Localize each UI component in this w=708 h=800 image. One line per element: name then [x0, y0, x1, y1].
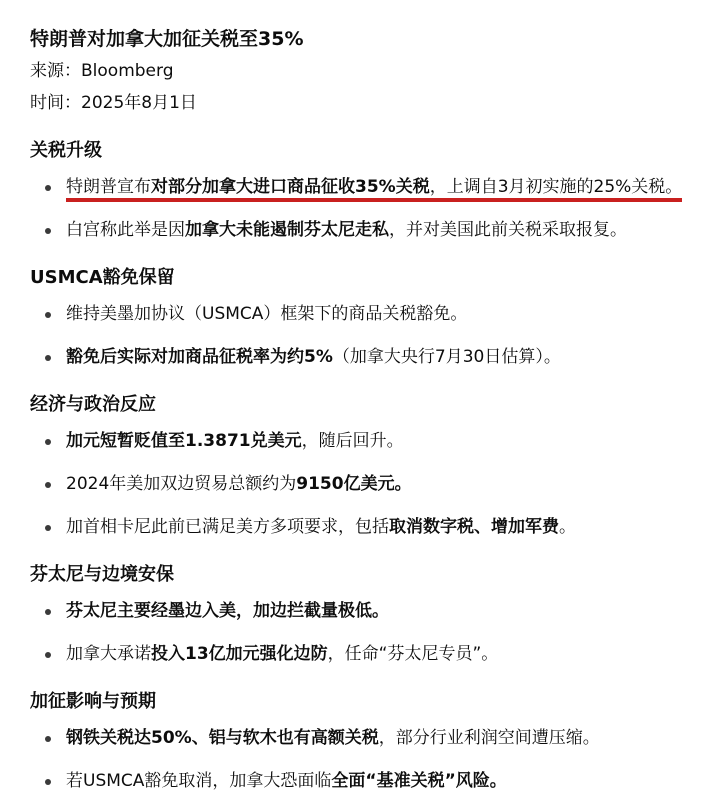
bullet-list: 维持美墨加协议（USMCA）框架下的商品关税豁免。豁免后实际对加商品征税率为约5…	[30, 303, 702, 369]
section-heading: USMCA豁免保留	[30, 266, 702, 289]
bullet-text: 豁免后实际对加商品征税率为约5%（加拿大央行7月30日估算）。	[66, 347, 561, 367]
bullet-text: 若USMCA豁免取消，加拿大恐面临全面“基准关税”风险。	[66, 771, 507, 791]
bold-text-run: 9150亿美元。	[296, 474, 411, 494]
bullet-item: 豁免后实际对加商品征税率为约5%（加拿大央行7月30日估算）。	[66, 346, 702, 369]
text-run: ，部分行业利润空间遭压缩。	[379, 728, 600, 748]
bold-text-run: 芬太尼主要经墨边入美，加边拦截量极低。	[66, 601, 389, 621]
bullet-item: 加首相卡尼此前已满足美方多项要求，包括取消数字税、增加军费。	[66, 516, 702, 539]
bullet-item: 芬太尼主要经墨边入美，加边拦截量极低。	[66, 600, 702, 623]
bullet-text: 2024年美加双边贸易总额约为9150亿美元。	[66, 474, 412, 494]
bullet-text: 钢铁关税达50%、铝与软木也有高额关税，部分行业利润空间遭压缩。	[66, 728, 600, 748]
article: 特朗普对加拿大加征关税至35% 来源：Bloomberg 时间：2025年8月1…	[0, 0, 708, 793]
bullet-list: 加元短暂贬值至1.3871兑美元，随后回升。2024年美加双边贸易总额约为915…	[30, 430, 702, 539]
bullet-item: 特朗普宣布对部分加拿大进口商品征收35%关税，上调自3月初实施的25%关税。	[66, 176, 702, 199]
text-run: 若USMCA豁免取消，加拿大恐面临	[66, 771, 331, 791]
text-run: 加拿大承诺	[66, 644, 151, 664]
bold-text-run: 加元短暂贬值至1.3871兑美元	[66, 431, 302, 451]
bold-text-run: 对部分加拿大进口商品征收35%关税	[151, 177, 430, 197]
section-heading: 加征影响与预期	[30, 690, 702, 713]
bullet-item: 加元短暂贬值至1.3871兑美元，随后回升。	[66, 430, 702, 453]
sections-container: 关税升级特朗普宣布对部分加拿大进口商品征收35%关税，上调自3月初实施的25%关…	[30, 139, 702, 793]
bold-text-run: 投入13亿加元强化边防	[151, 644, 328, 664]
red-underlined-text: 特朗普宣布对部分加拿大进口商品征收35%关税，上调自3月初实施的25%关税。	[66, 177, 682, 202]
source-value: Bloomberg	[81, 61, 173, 81]
bold-text-run: 全面“基准关税”风险。	[331, 771, 506, 791]
bullet-list: 钢铁关税达50%、铝与软木也有高额关税，部分行业利润空间遭压缩。若USMCA豁免…	[30, 727, 702, 793]
bullet-list: 芬太尼主要经墨边入美，加边拦截量极低。加拿大承诺投入13亿加元强化边防，任命“芬…	[30, 600, 702, 666]
bullet-item: 维持美墨加协议（USMCA）框架下的商品关税豁免。	[66, 303, 702, 326]
source-label: 来源：	[30, 61, 81, 81]
text-run: 白宫称此举是因	[66, 220, 185, 240]
article-title: 特朗普对加拿大加征关税至35%	[30, 26, 702, 52]
text-run: ，随后回升。	[302, 431, 404, 451]
text-run: 特朗普宣布	[66, 177, 151, 197]
bullet-list: 特朗普宣布对部分加拿大进口商品征收35%关税，上调自3月初实施的25%关税。白宫…	[30, 176, 702, 242]
section-heading: 经济与政治反应	[30, 393, 702, 416]
bold-text-run: 取消数字税、增加军费	[389, 517, 559, 537]
bullet-text: 加首相卡尼此前已满足美方多项要求，包括取消数字税、增加军费。	[66, 517, 576, 537]
date-value: 2025年8月1日	[81, 93, 197, 113]
bullet-text: 加拿大承诺投入13亿加元强化边防，任命“芬太尼专员”。	[66, 644, 498, 664]
bullet-item: 若USMCA豁免取消，加拿大恐面临全面“基准关税”风险。	[66, 770, 702, 793]
bold-text-run: 加拿大未能遏制芬太尼走私	[185, 220, 389, 240]
bullet-text: 加元短暂贬值至1.3871兑美元，随后回升。	[66, 431, 404, 451]
text-run: 。	[559, 517, 576, 537]
date-line: 时间：2025年8月1日	[30, 92, 702, 115]
section-heading: 芬太尼与边境安保	[30, 563, 702, 586]
bold-text-run: 豁免后实际对加商品征税率为约5%	[66, 347, 333, 367]
text-run: ，上调自3月初实施的25%关税。	[430, 177, 683, 197]
text-run: （加拿大央行7月30日估算）。	[333, 347, 561, 367]
text-run: 维持美墨加协议（USMCA）框架下的商品关税豁免。	[66, 304, 467, 324]
bullet-item: 加拿大承诺投入13亿加元强化边防，任命“芬太尼专员”。	[66, 643, 702, 666]
bold-text-run: 钢铁关税达50%、铝与软木也有高额关税	[66, 728, 379, 748]
bullet-text: 芬太尼主要经墨边入美，加边拦截量极低。	[66, 601, 389, 621]
bullet-item: 白宫称此举是因加拿大未能遏制芬太尼走私，并对美国此前关税采取报复。	[66, 219, 702, 242]
date-label: 时间：	[30, 93, 81, 113]
text-run: ，并对美国此前关税采取报复。	[389, 220, 627, 240]
section-heading: 关税升级	[30, 139, 702, 162]
bullet-item: 2024年美加双边贸易总额约为9150亿美元。	[66, 473, 702, 496]
text-run: ，任命“芬太尼专员”。	[328, 644, 499, 664]
bullet-text: 维持美墨加协议（USMCA）框架下的商品关税豁免。	[66, 304, 467, 324]
text-run: 2024年美加双边贸易总额约为	[66, 474, 296, 494]
bullet-text: 白宫称此举是因加拿大未能遏制芬太尼走私，并对美国此前关税采取报复。	[66, 220, 627, 240]
text-run: 加首相卡尼此前已满足美方多项要求，包括	[66, 517, 389, 537]
bullet-item: 钢铁关税达50%、铝与软木也有高额关税，部分行业利润空间遭压缩。	[66, 727, 702, 750]
source-line: 来源：Bloomberg	[30, 60, 702, 83]
